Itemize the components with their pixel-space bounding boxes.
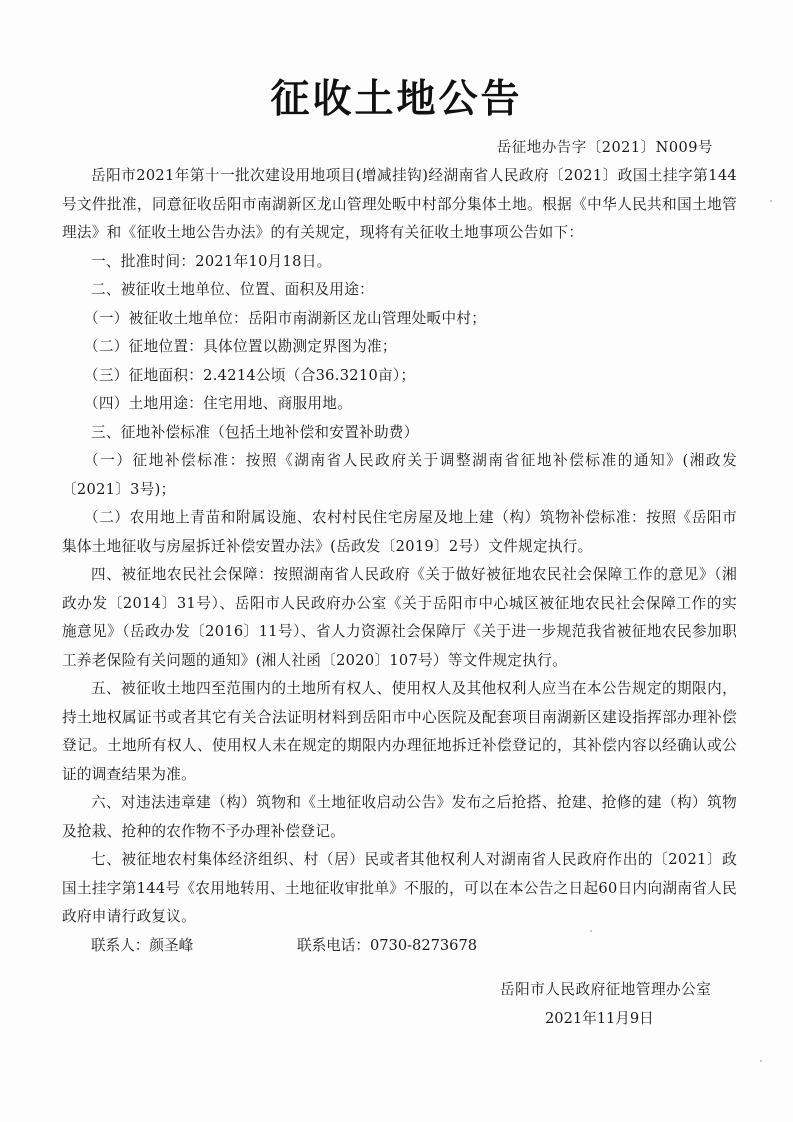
section-social-security: 四、被征地农民社会保障：按照湖南省人民政府《关于做好被征地农民社会保障工作的意见…: [62, 561, 737, 675]
section-administrative-review: 七、被征地农村集体经济组织、村（居）民或者其他权利人对湖南省人民政府作出的〔20…: [62, 846, 737, 932]
section-land-area: （三）征地面积：2.4214公顷（合36.3210亩）；: [62, 362, 737, 391]
section-land-unit: （一）被征收土地单位：岳阳市南湖新区龙山管理处畈中村；: [62, 305, 737, 334]
signature-organization: 岳阳市人民政府征地管理办公室: [500, 978, 711, 999]
section-illegal-structures: 六、对违法违章建（构）筑物和《土地征收启动公告》发布之后抢搭、抢建、抢修的建（构…: [62, 789, 737, 846]
scan-speck: [770, 200, 772, 202]
section-land-info-heading: 二、被征收土地单位、位置、面积及用途：: [62, 276, 737, 305]
section-compensation-heading: 三、征地补偿标准（包括土地补偿和安置补助费）: [62, 419, 737, 448]
contact-line: 联系人：颜圣峰 联系电话：0730-8273678: [62, 932, 737, 961]
section-land-use: （四）土地用途：住宅用地、商服用地。: [62, 390, 737, 419]
document-body: 岳阳市2021年第十一批次建设用地项目(增减挂钩)经湖南省人民政府〔2021〕政…: [62, 162, 737, 960]
intro-paragraph: 岳阳市2021年第十一批次建设用地项目(增减挂钩)经湖南省人民政府〔2021〕政…: [62, 162, 737, 248]
section-structure-compensation: （二）农用地上青苗和附属设施、农村村民住宅房屋及地上建（构）筑物补偿标准：按照《…: [62, 504, 737, 561]
contact-person: 联系人：颜圣峰: [91, 932, 297, 961]
section-approval-time: 一、批准时间：2021年10月18日。: [62, 248, 737, 277]
section-registration: 五、被征收土地四至范围内的土地所有权人、使用权人及其他权利人应当在本公告规定的期…: [62, 675, 737, 789]
scan-speck: [590, 930, 592, 932]
scan-speck: [760, 1060, 762, 1062]
contact-phone: 联系电话：0730-8273678: [297, 932, 477, 961]
page-title: 征收土地公告: [0, 68, 793, 124]
signature-date: 2021年11月9日: [545, 1007, 654, 1028]
document-number: 岳征地办告字〔2021〕N009号: [497, 136, 713, 157]
section-compensation-standard: （一）征地补偿标准：按照《湖南省人民政府关于调整湖南省征地补偿标准的通知》(湘政…: [62, 447, 737, 504]
section-land-location: （二）征地位置：具体位置以勘测定界图为准；: [62, 333, 737, 362]
